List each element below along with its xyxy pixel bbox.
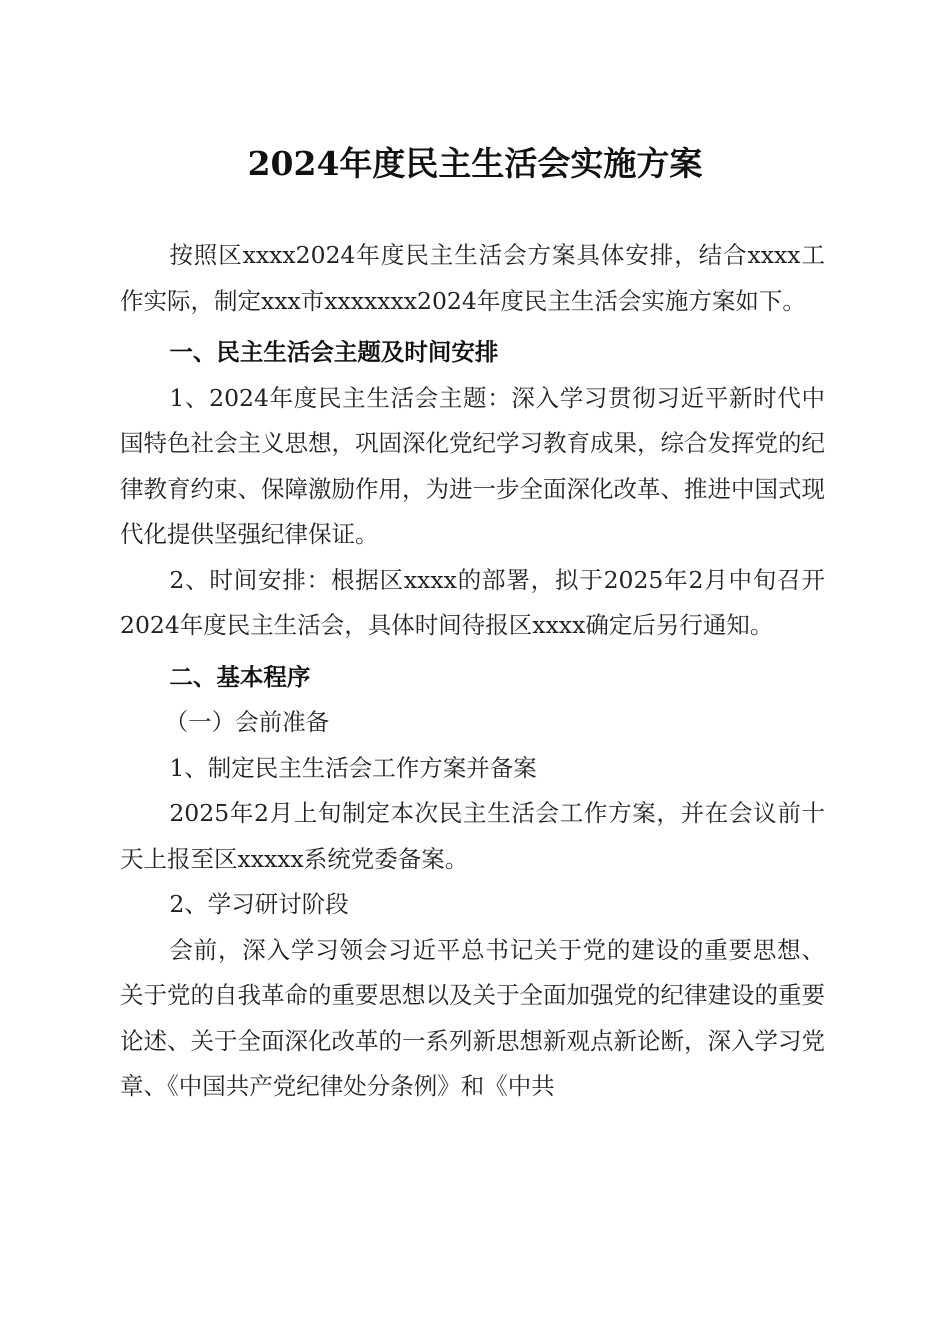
document-title: 2024年度民主生活会实施方案 <box>0 138 950 185</box>
paragraph-schedule: 2、时间安排：根据区xxxx的部署，拟于2025年2月中旬召开2024年度民主生… <box>120 558 825 649</box>
item-label-study: 2、学习研讨阶段 <box>120 882 825 928</box>
paragraph-theme: 1、2024年度民主生活会主题：深入学习贯彻习近平新时代中国特色社会主义思想，巩… <box>120 376 825 558</box>
subheading-preparation: （一）会前准备 <box>120 700 825 746</box>
section-heading-theme-schedule: 一、民主生活会主题及时间安排 <box>120 330 825 376</box>
document-page: 2024年度民主生活会实施方案 按照区xxxx2024年度民主生活会方案具体安排… <box>0 0 950 1344</box>
document-body: 按照区xxxx2024年度民主生活会方案具体安排，结合xxxx工作实际，制定xx… <box>120 233 825 1110</box>
item-label-plan: 1、制定民主生活会工作方案并备案 <box>120 746 825 792</box>
item-text-study: 会前，深入学习领会习近平总书记关于党的建设的重要思想、关于党的自我革命的重要思想… <box>120 928 825 1110</box>
section-heading-procedure: 二、基本程序 <box>120 655 825 701</box>
item-text-plan: 2025年2月上旬制定本次民主生活会工作方案，并在会议前十天上报至区xxxxx系… <box>120 791 825 882</box>
intro-paragraph: 按照区xxxx2024年度民主生活会方案具体安排，结合xxxx工作实际，制定xx… <box>120 233 825 324</box>
